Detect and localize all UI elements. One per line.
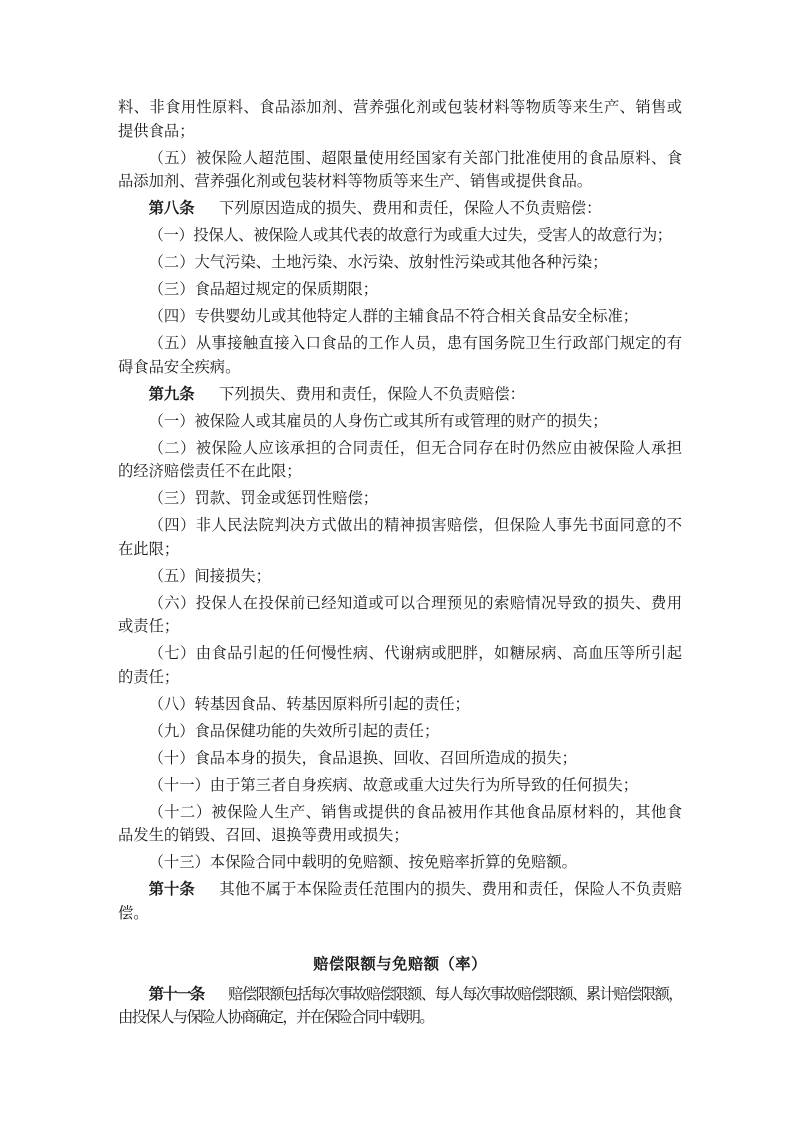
clause-item: （十一）由于第三者自身疾病、故意或重大过失行为所导致的任何损失； [118, 774, 682, 798]
article-text: 下列损失、费用和责任，保险人不负责赔偿： [219, 386, 525, 403]
clause-item: （二）大气污染、土地污染、水污染、放射性污染或其他各种污染； [118, 251, 682, 275]
document-content: 料、非食用性原料、食品添加剂、营养强化剂或包装材料等物质等来生产、销售或提供食品… [118, 96, 682, 1030]
clause-item: （四）专供婴幼儿或其他特定人群的主辅食品不符合相关食品安全标准； [118, 305, 682, 329]
clause-item: （四）非人民法院判决方式做出的精神损害赔偿，但保险人事先书面同意的不在此限； [118, 514, 682, 561]
article-paragraph: 第九条下列损失、费用和责任，保险人不负责赔偿： [118, 383, 682, 407]
clause-item: （三）食品超过规定的保质期限； [118, 278, 682, 302]
clause-item: （二）被保险人应该承担的合同责任，但无合同存在时仍然应由被保险人承担的经济赔偿责… [118, 437, 682, 484]
continuation-paragraph: 料、非食用性原料、食品添加剂、营养强化剂或包装材料等物质等来生产、销售或提供食品… [118, 96, 682, 143]
clause-item: （一）投保人、被保险人或其代表的故意行为或重大过失，受害人的故意行为； [118, 224, 682, 248]
article-number: 第八条 [149, 200, 195, 217]
article-paragraph: 第十条其他不属于本保险责任范围内的损失、费用和责任，保险人不负责赔偿。 [118, 878, 682, 925]
article-text: 下列原因造成的损失、费用和责任，保险人不负责赔偿： [219, 200, 601, 217]
clause-item: （八）转基因食品、转基因原料所引起的责任； [118, 693, 682, 717]
clause-item: （五）间接损失； [118, 565, 682, 589]
clause-item: （三）罚款、罚金或惩罚性赔偿； [118, 487, 682, 511]
clause-item: （十三）本保险合同中载明的免赔额、按免赔率折算的免赔额。 [118, 851, 682, 875]
article-number: 第九条 [149, 386, 195, 403]
clause-item: （五）从事接触直接入口食品的工作人员，患有国务院卫生行政部门规定的有碍食品安全疾… [118, 332, 682, 379]
section-heading: 赔偿限额与免赔额（率） [118, 953, 682, 977]
clause-item: （十二）被保险人生产、销售或提供的食品被用作其他食品原材料的，其他食品发生的销毁… [118, 801, 682, 848]
article-paragraph: 第八条下列原因造成的损失、费用和责任，保险人不负责赔偿： [118, 197, 682, 221]
clause-item: （五）被保险人超范围、超限量使用经国家有关部门批准使用的食品原料、食品添加剂、营… [118, 147, 682, 194]
clause-item: （十）食品本身的损失，食品退换、回收、召回所造成的损失； [118, 747, 682, 771]
article-paragraph: 第十一条赔偿限额包括每次事故赔偿限额、每人每次事故赔偿限额、累计赔偿限额，由投保… [118, 983, 682, 1030]
clause-item: （九）食品保健功能的失效所引起的责任； [118, 720, 682, 744]
clause-item: （一）被保险人或其雇员的人身伤亡或其所有或管理的财产的损失； [118, 410, 682, 434]
article-number: 第十条 [149, 881, 195, 898]
clause-item: （七）由食品引起的任何慢性病、代谢病或肥胖，如糖尿病、高血压等所引起的责任； [118, 642, 682, 689]
article-text: 其他不属于本保险责任范围内的损失、费用和责任，保险人不负责赔偿。 [118, 881, 682, 922]
document-page: 料、非食用性原料、食品添加剂、营养强化剂或包装材料等物质等来生产、销售或提供食品… [0, 0, 800, 1132]
article-number: 第十一条 [149, 986, 204, 1003]
clause-item: （六）投保人在投保前已经知道或可以合理预见的索赔情况导致的损失、费用或责任； [118, 592, 682, 639]
